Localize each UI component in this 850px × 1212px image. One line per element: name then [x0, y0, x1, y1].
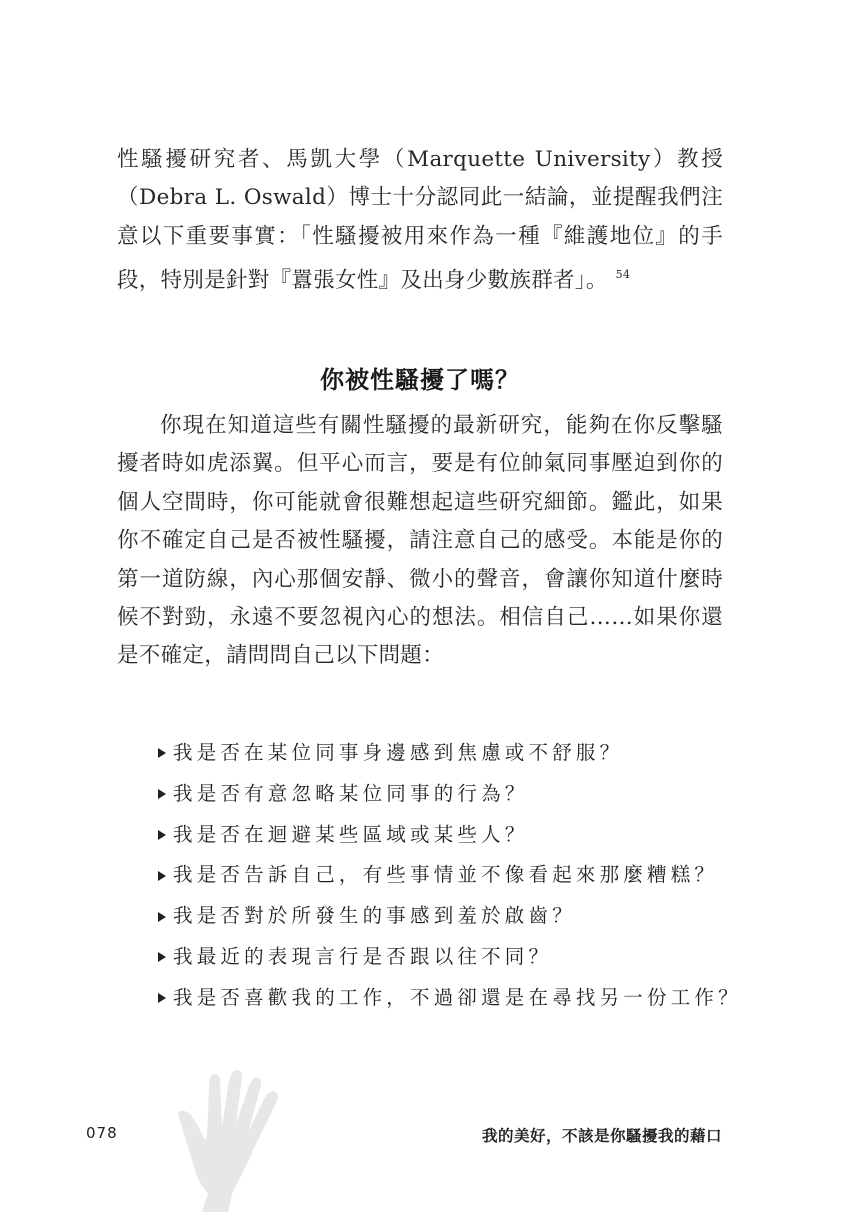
page-number: 078: [86, 1124, 118, 1142]
footnote-marker: 54: [616, 268, 631, 281]
list-item-text: 我是否告訴自己，有些事情並不像看起來那麼糟糕？: [173, 855, 718, 896]
hand-watermark-icon: [162, 1068, 280, 1212]
list-item-text: 我是否對於所發生的事感到羞於啟齒？: [173, 896, 576, 937]
running-title: 我的美好，不該是你騷擾我的藉口: [482, 1124, 722, 1146]
list-item: 我是否對於所發生的事感到羞於啟齒？: [158, 896, 738, 937]
triangle-bullet-icon: [158, 830, 166, 840]
body-paragraph-2: 你現在知道這些有關性騷擾的最新研究，能夠在你反擊騷擾者時如虎添翼。但平心而言，要…: [117, 407, 723, 676]
list-item: 我是否喜歡我的工作，不過卻還是在尋找另一份工作？: [158, 978, 738, 1019]
list-item: 我是否在迴避某些區域或某些人？: [158, 815, 738, 856]
list-item-text: 我是否有意忽略某位同事的行為？: [173, 774, 529, 815]
body-paragraph-1: 性騷擾研究者、馬凱大學（Marquette University）教授（Debr…: [117, 141, 723, 301]
list-item: 我最近的表現言行是否跟以往不同？: [158, 937, 738, 978]
question-list: 我是否在某位同事身邊感到焦慮或不舒服？ 我是否有意忽略某位同事的行為？ 我是否在…: [158, 733, 738, 1019]
list-item-text: 我是否在某位同事身邊感到焦慮或不舒服？: [173, 733, 623, 774]
triangle-bullet-icon: [158, 871, 166, 881]
triangle-bullet-icon: [158, 952, 166, 962]
triangle-bullet-icon: [158, 748, 166, 758]
list-item-text: 我是否在迴避某些區域或某些人？: [173, 815, 529, 856]
list-item-text: 我最近的表現言行是否跟以往不同？: [173, 937, 552, 978]
list-item: 我是否在某位同事身邊感到焦慮或不舒服？: [158, 733, 738, 774]
list-item: 我是否告訴自己，有些事情並不像看起來那麼糟糕？: [158, 855, 738, 896]
triangle-bullet-icon: [158, 912, 166, 922]
triangle-bullet-icon: [158, 993, 166, 1003]
list-item: 我是否有意忽略某位同事的行為？: [158, 774, 738, 815]
triangle-bullet-icon: [158, 789, 166, 799]
section-heading: 你被性騷擾了嗎？: [0, 360, 840, 395]
paragraph-text: 性騷擾研究者、馬凱大學（Marquette University）教授（Debr…: [117, 147, 723, 293]
list-item-text: 我是否喜歡我的工作，不過卻還是在尋找另一份工作？: [173, 978, 742, 1019]
